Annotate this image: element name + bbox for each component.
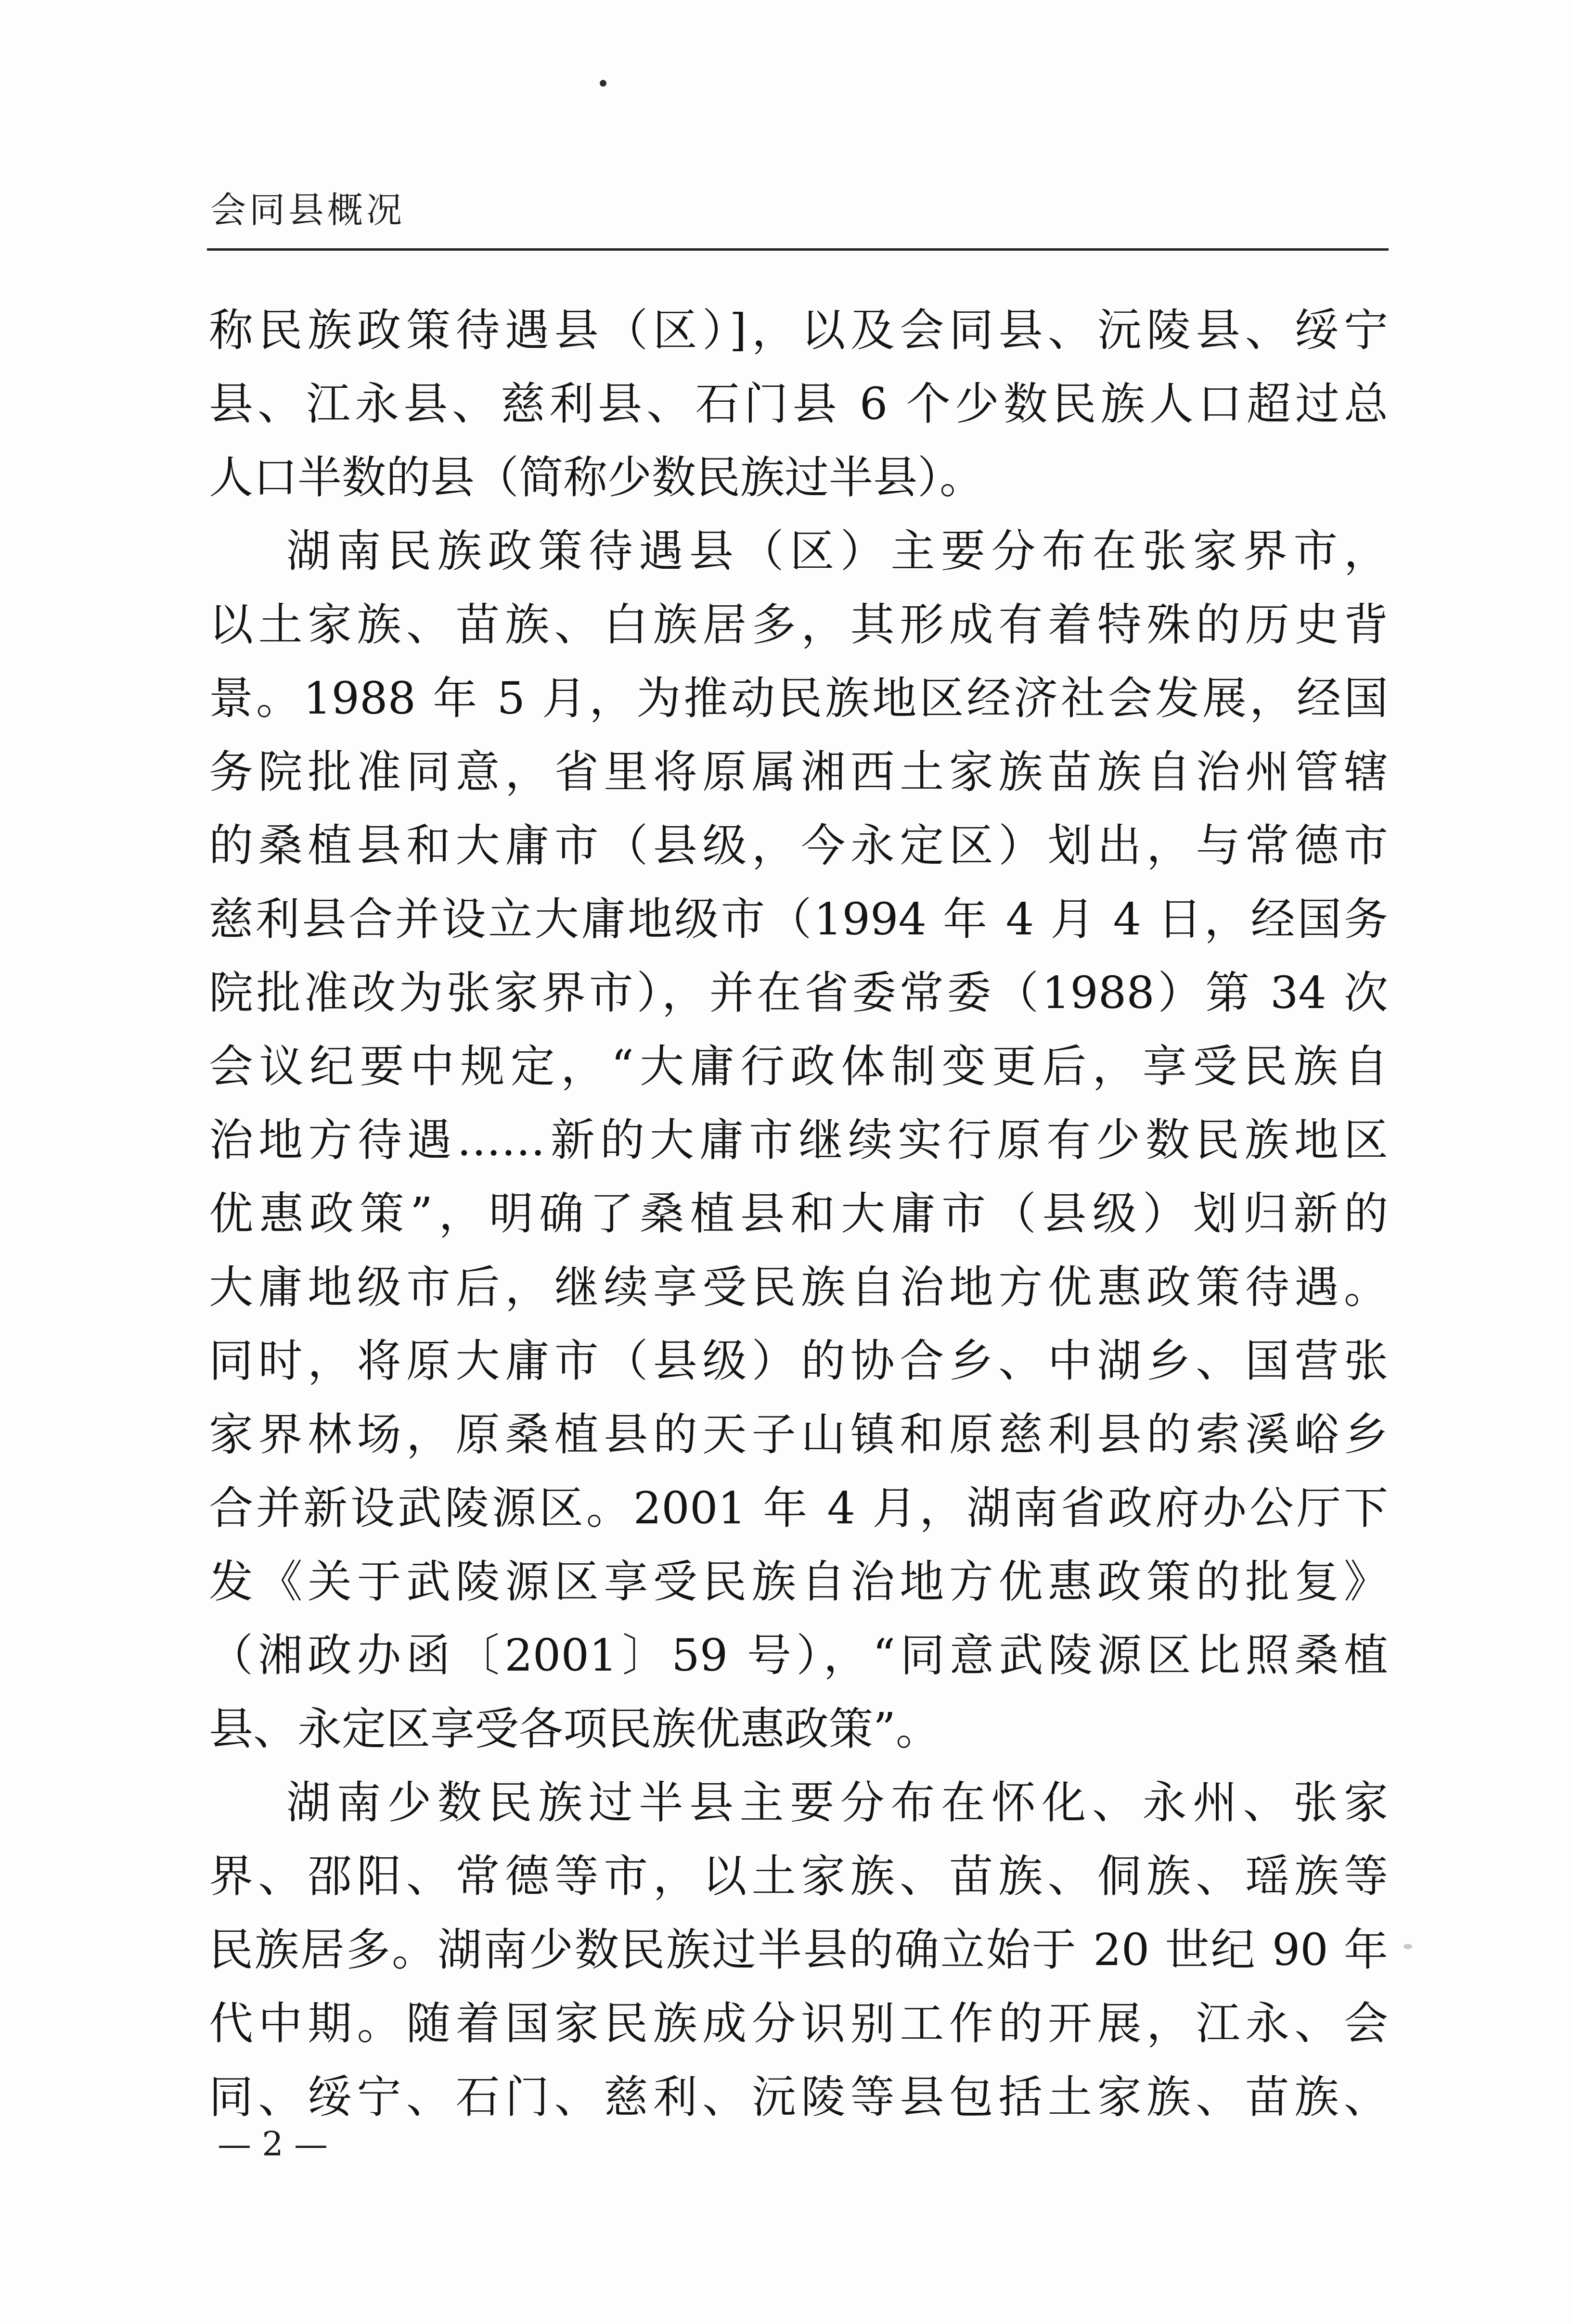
text-line: 家界林场，原桑植县的天子山镇和原慈利县的索溪峪乡 (209, 1398, 1388, 1471)
running-header: 会同县概况 (210, 192, 405, 228)
text-line: 合并新设武陵源区。2001 年 4 月，湖南省政府办公厅下 (209, 1471, 1388, 1545)
text-line: 县、江永县、慈利县、石门县 6 个少数民族人口超过总 (209, 367, 1388, 441)
text-line: 代中期。随着国家民族成分识别工作的开展，江永、会 (209, 1987, 1388, 2060)
page-number: — 2 — (218, 2126, 328, 2163)
scan-speck-icon (600, 80, 606, 87)
text-line: 优惠政策”，明确了桑植县和大庸市（县级）划归新的 (209, 1177, 1388, 1251)
header-rule (207, 248, 1389, 251)
text-line: 大庸地级市后，继续享受民族自治地方优惠政策待遇。 (209, 1251, 1388, 1324)
text-line: 称民族政策待遇县（区）]，以及会同县、沅陵县、绥宁 (209, 294, 1388, 367)
document-page: 会同县概况 称民族政策待遇县（区）]，以及会同县、沅陵县、绥宁县、江永县、慈利县… (0, 0, 1571, 2324)
text-line: 会议纪要中规定，“大庸行政体制变更后，享受民族自 (209, 1030, 1388, 1103)
text-line: 人口半数的县（简称少数民族过半县）。 (209, 441, 1388, 514)
text-line: 同时，将原大庸市（县级）的协合乡、中湖乡、国营张 (209, 1324, 1388, 1398)
text-line: 民族居多。湖南少数民族过半县的确立始于 20 世纪 90 年 (209, 1913, 1388, 1987)
page-header-title: 会同县概况 (210, 190, 405, 231)
text-line: 景。1988 年 5 月，为推动民族地区经济社会发展，经国 (209, 662, 1388, 735)
text-line: 界、邵阳、常德等市，以土家族、苗族、侗族、瑶族等 (209, 1839, 1388, 1913)
text-line: 慈利县合并设立大庸地级市（1994 年 4 月 4 日，经国务 (209, 882, 1388, 956)
text-line: 治地方待遇……新的大庸市继续实行原有少数民族地区 (209, 1103, 1388, 1177)
text-line: 同、绥宁、石门、慈利、沅陵等县包括土家族、苗族、 (209, 2060, 1388, 2134)
text-line: 发《关于武陵源区享受民族自治地方优惠政策的批复》 (209, 1545, 1388, 1619)
text-line: 以土家族、苗族、白族居多，其形成有着特殊的历史背 (209, 588, 1388, 662)
text-line: （湘政办函〔2001〕59 号），“同意武陵源区比照桑植 (209, 1619, 1388, 1692)
scan-speck-faint-icon (1404, 1944, 1412, 1949)
text-line: 的桑植县和大庸市（县级，今永定区）划出，与常德市 (209, 809, 1388, 882)
text-line: 湖南民族政策待遇县（区）主要分布在张家界市， (209, 514, 1388, 588)
page-body: 称民族政策待遇县（区）]，以及会同县、沅陵县、绥宁县、江永县、慈利县、石门县 6… (209, 294, 1388, 2134)
text-line: 务院批准同意，省里将原属湘西土家族苗族自治州管辖 (209, 735, 1388, 809)
text-line: 县、永定区享受各项民族优惠政策”。 (209, 1692, 1388, 1766)
text-line: 湖南少数民族过半县主要分布在怀化、永州、张家 (209, 1766, 1388, 1839)
text-line: 院批准改为张家界市），并在省委常委（1988）第 34 次 (209, 956, 1388, 1030)
